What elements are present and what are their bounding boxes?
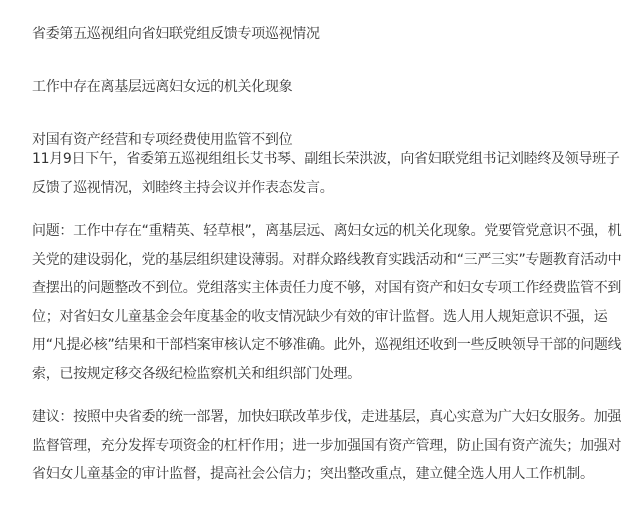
paragraph-problems: 问题：工作中存在“重精英、轻草根”，离基层远、离妇女远的机关化现象。党要管党意识… xyxy=(32,217,632,388)
subtitle-1: 工作中存在离基层远离妇女远的机关化现象 xyxy=(32,77,292,97)
paragraph-summary: 11月9日下午，省委第五巡视组组长艾书琴、副组长荣洪波，向省妇联党组书记刘睦终及… xyxy=(32,145,632,202)
article-title: 省委第五巡视组向省妇联党组反馈专项巡视情况 xyxy=(32,24,320,44)
paragraph-suggestions: 建议：按照中央省委的统一部署，加快妇联改革步伐，走进基层，真心实意为广大妇女服务… xyxy=(32,403,632,489)
article: 省委第五巡视组向省妇联党组反馈专项巡视情况 工作中存在离基层远离妇女远的机关化现… xyxy=(0,0,640,527)
